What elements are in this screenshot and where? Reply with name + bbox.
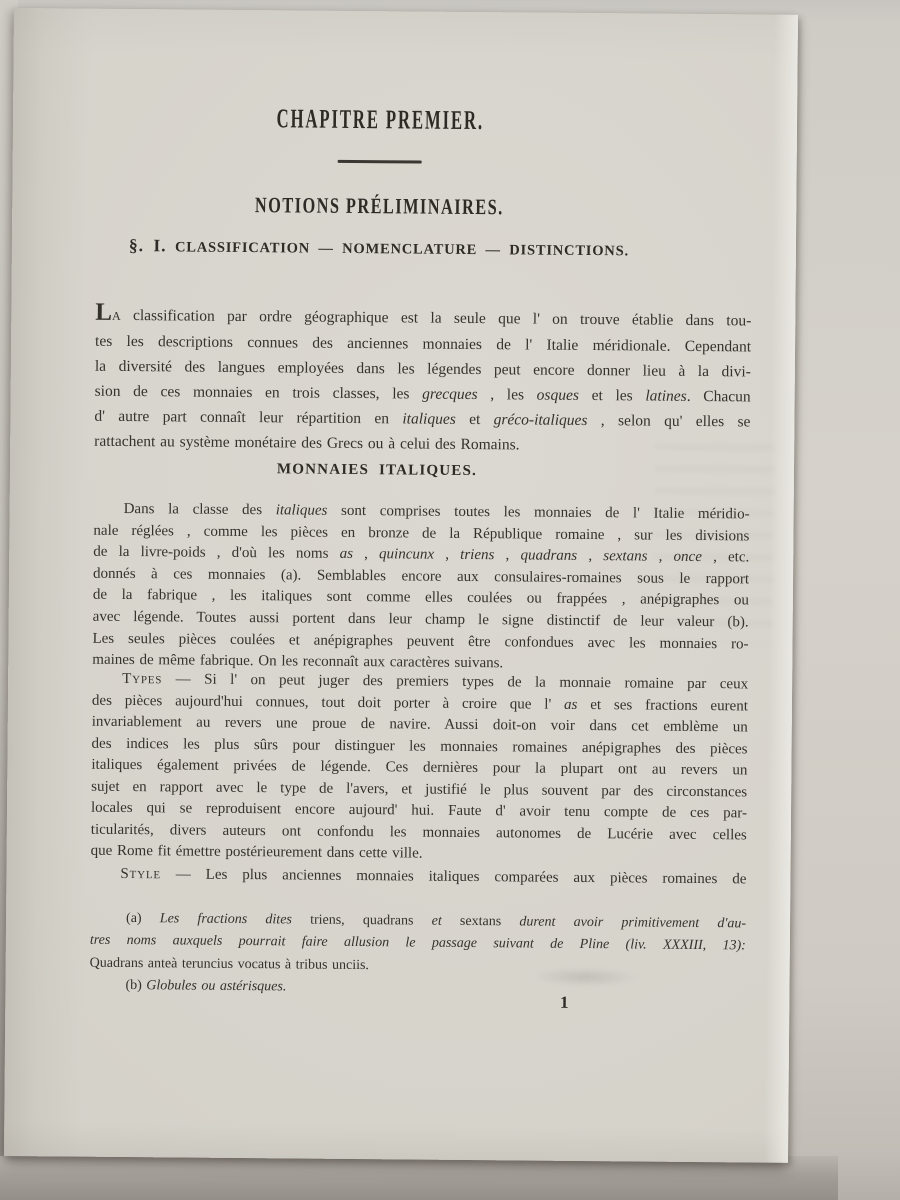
footnotes: (a) Les fractions dites triens, quadrans…	[89, 908, 746, 1003]
chapter-title: CHAPITRE PREMIER.	[52, 101, 708, 138]
subsection-title-text: CLASSIFICATION — NOMENCLATURE — DISTINCT…	[175, 239, 629, 259]
book-photo-background: CHAPITRE PREMIER. NOTIONS PRÉLIMINAIRES.…	[0, 0, 900, 1200]
page-number: 1	[544, 993, 584, 1013]
text-line: Style — Les plus anciennes monnaies ital…	[90, 864, 746, 891]
subsection-number: §. I.	[129, 235, 167, 255]
title-divider-rule	[338, 160, 422, 164]
paragraph-types: Types — Si l' on peut juger des premiers…	[91, 669, 749, 868]
heading-monnaies-italiques: MONNAIES ITALIQUES.	[49, 459, 705, 482]
section-title-text: NOTIONS PRÉLIMINAIRES.	[255, 192, 504, 220]
paragraph-style: Style — Les plus anciennes monnaies ital…	[90, 864, 746, 891]
section-title: NOTIONS PRÉLIMINAIRES.	[51, 190, 707, 222]
page-content: CHAPITRE PREMIER. NOTIONS PRÉLIMINAIRES.…	[88, 9, 754, 1163]
page-stack-edge	[0, 1156, 838, 1200]
paragraph-italiques: Dans la classe des italiques sont compri…	[92, 499, 749, 677]
paragraph-intro: LA classification par ordre géographique…	[94, 300, 751, 460]
chapter-title-text: CHAPITRE PREMIER.	[276, 103, 484, 136]
heading-monnaies-italiques-text: MONNAIES ITALIQUES.	[277, 461, 477, 479]
text-line: (b) Globules ou astérisques.	[89, 975, 745, 1003]
subsection-title: §. I. CLASSIFICATION — NOMENCLATURE — DI…	[51, 234, 707, 261]
book-page: CHAPITRE PREMIER. NOTIONS PRÉLIMINAIRES.…	[4, 8, 798, 1163]
